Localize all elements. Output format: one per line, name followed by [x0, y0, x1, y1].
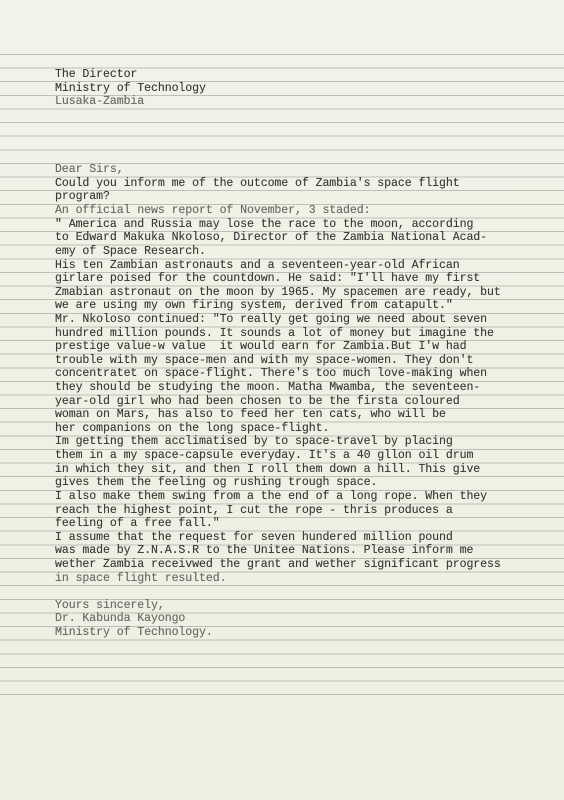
typewritten-letter: The Director Ministry of Technology Lusa…: [55, 68, 555, 640]
body-line: gives them the feeling og rushing trough…: [55, 476, 555, 490]
body-line: we are using my own firing system, deriv…: [55, 299, 555, 313]
address-line: Lusaka-Zambia: [55, 95, 555, 109]
body-line: year-old girl who had been chosen to be …: [55, 395, 555, 409]
address-line: Ministry of Technology: [55, 82, 555, 96]
body-line: His ten Zambian astronauts and a sevente…: [55, 259, 555, 273]
body-line: trouble with my space-men and with my sp…: [55, 354, 555, 368]
body-line: hundred million pounds. It sounds a lot …: [55, 327, 555, 341]
body-line: feeling of a free fall.": [55, 517, 555, 531]
body-line: they should be studying the moon. Matha …: [55, 381, 555, 395]
letter-body: Could you inform me of the outcome of Za…: [55, 177, 555, 585]
body-line: concentratet on space-flight. There's to…: [55, 367, 555, 381]
closing: Yours sincerely,: [55, 599, 555, 613]
address-line: The Director: [55, 68, 555, 82]
letter-paper: The Director Ministry of Technology Lusa…: [0, 0, 564, 800]
body-line: emy of Space Research.: [55, 245, 555, 259]
signature-block: Yours sincerely, Dr. Kabunda Kayongo Min…: [55, 599, 555, 640]
body-line: reach the highest point, I cut the rope …: [55, 504, 555, 518]
body-line: " America and Russia may lose the race t…: [55, 218, 555, 232]
body-line: I assume that the request for seven hund…: [55, 531, 555, 545]
body-line: Mr. Nkoloso continued: "To really get go…: [55, 313, 555, 327]
body-line: wether Zambia receivwed the grant and we…: [55, 558, 555, 572]
body-line: prestige value-w value it would earn for…: [55, 340, 555, 354]
body-line: Could you inform me of the outcome of Za…: [55, 177, 555, 191]
body-line: her companions on the long space-flight.: [55, 422, 555, 436]
salutation: Dear Sirs,: [55, 163, 555, 177]
signature-name: Dr. Kabunda Kayongo: [55, 612, 555, 626]
body-line: in space flight resulted.: [55, 572, 555, 586]
body-line: Im getting them acclimatised by to space…: [55, 435, 555, 449]
body-line: to Edward Makuka Nkoloso, Director of th…: [55, 231, 555, 245]
body-line: them in a my space-capsule everyday. It'…: [55, 449, 555, 463]
signature-title: Ministry of Technology.: [55, 626, 555, 640]
body-line: woman on Mars, has also to feed her ten …: [55, 408, 555, 422]
body-line: in which they sit, and then I roll them …: [55, 463, 555, 477]
body-line: program?: [55, 190, 555, 204]
body-line: Zmabian astronaut on the moon by 1965. M…: [55, 286, 555, 300]
address-block: The Director Ministry of Technology Lusa…: [55, 68, 555, 109]
body-line: was made by Z.N.A.S.R to the Unitee Nati…: [55, 544, 555, 558]
body-line: girlare poised for the countdown. He sai…: [55, 272, 555, 286]
body-line: I also make them swing from a the end of…: [55, 490, 555, 504]
body-line: An official news report of November, 3 s…: [55, 204, 555, 218]
